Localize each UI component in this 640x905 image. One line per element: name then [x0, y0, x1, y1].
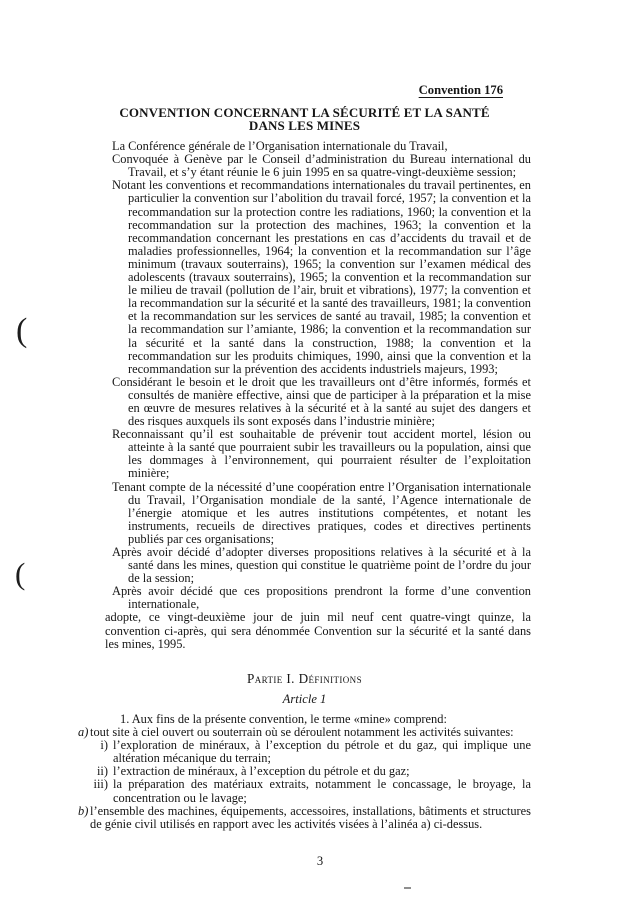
preamble-paragraph: Convoquée à Genève par le Conseil d’admi… — [112, 153, 531, 179]
subitem-text-iii: la préparation des matériaux extraits, n… — [113, 778, 531, 804]
preamble-paragraph: Reconnaissant qu’il est souhaitable de p… — [112, 428, 531, 480]
preamble-section: La Conférence générale de l’Organisation… — [112, 140, 531, 611]
preamble-paragraph: Considérant le besoin et le droit que le… — [112, 376, 531, 428]
document-title: CONVENTION CONCERNANT LA SÉCURITÉ ET LA … — [78, 106, 531, 132]
definition-subitem-i: i) l’exploration de minéraux, à l’except… — [78, 739, 531, 765]
handwritten-paren-mark: ( — [15, 558, 25, 589]
scanned-document-page: ( ( Convention 176 CONVENTION CONCERNANT… — [0, 0, 640, 905]
definition-item-a: a) tout site à ciel ouvert ou souterrain… — [78, 726, 531, 805]
subitem-label-iii: iii) — [78, 778, 108, 791]
definition-item-b: b) l’ensemble des machines, équipements,… — [78, 805, 531, 831]
handwritten-paren-mark: ( — [16, 314, 27, 348]
document-title-line2: DANS LES MINES — [78, 119, 531, 132]
item-label-a: a) — [78, 726, 88, 739]
preamble-paragraph: Tenant compte de la nécessité d’une coop… — [112, 481, 531, 546]
part-heading: Partie I. Définitions — [78, 672, 531, 685]
adoption-paragraph: adopte, ce vingt-deuxième jour de juin m… — [105, 611, 531, 650]
item-text-b: l’ensemble des machines, équipements, ac… — [90, 805, 531, 831]
preamble-paragraph: Après avoir décidé d’adopter diverses pr… — [112, 546, 531, 585]
preamble-paragraph: Notant les conventions et recommandation… — [112, 179, 531, 375]
preamble-paragraph: Après avoir décidé que ces propositions … — [112, 585, 531, 611]
subitem-label-i: i) — [78, 739, 108, 752]
item-label-b: b) — [78, 805, 88, 818]
convention-number-label: Convention 176 — [78, 84, 531, 97]
page-number: 3 — [0, 855, 640, 868]
document-content: Convention 176 CONVENTION CONCERNANT LA … — [78, 84, 531, 831]
article-heading: Article 1 — [78, 693, 531, 706]
subitem-text-i: l’exploration de minéraux, à l’exception… — [113, 739, 531, 765]
scan-artifact-dash — [404, 887, 411, 889]
definition-subitem-iii: iii) la préparation des matériaux extrai… — [78, 778, 531, 804]
